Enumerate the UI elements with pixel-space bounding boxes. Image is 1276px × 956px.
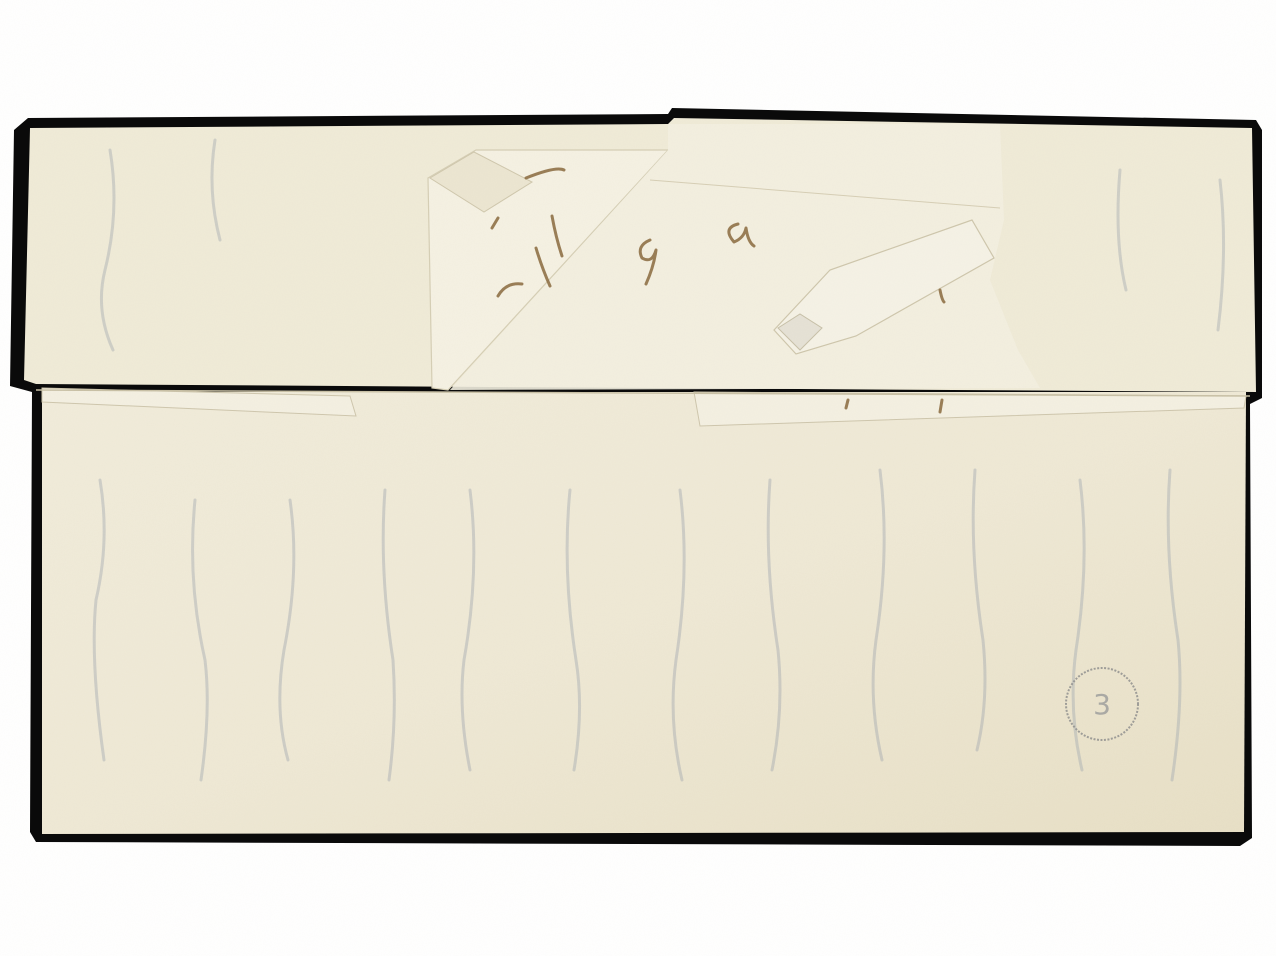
paper-grain <box>0 0 1276 956</box>
folded-letter-photo: 3 <box>0 0 1276 956</box>
